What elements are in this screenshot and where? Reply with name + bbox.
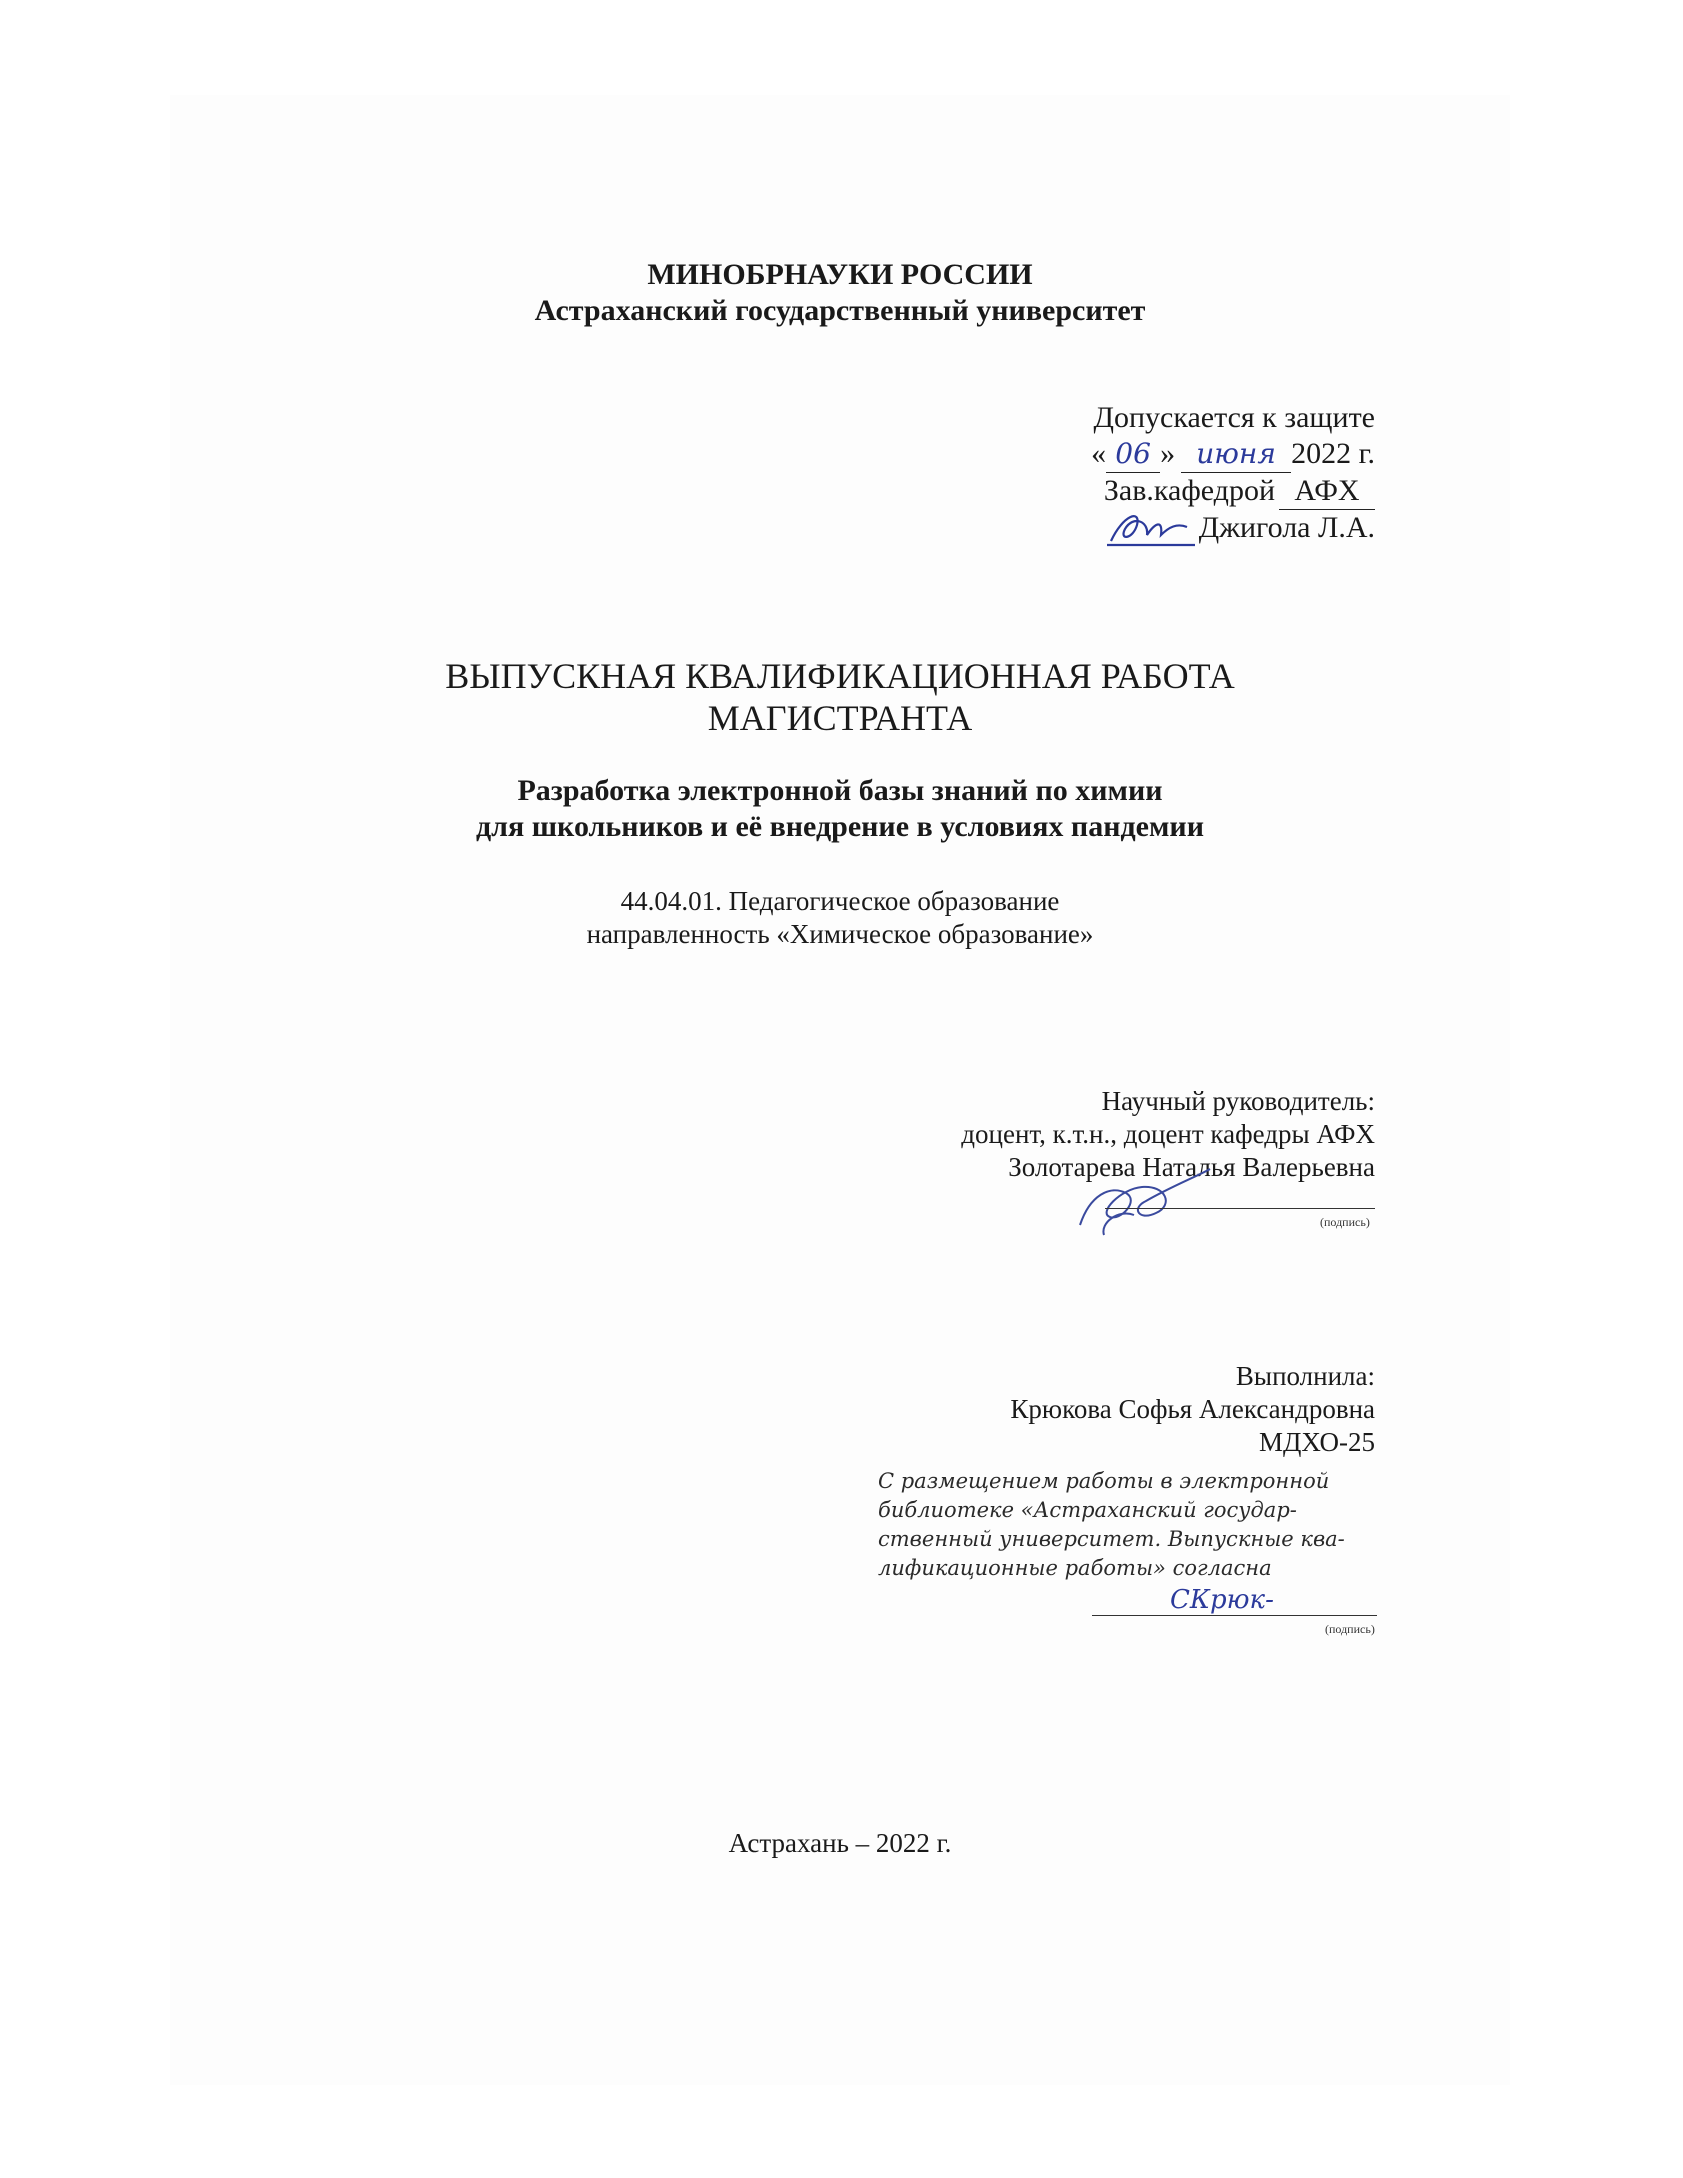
student-name: Крюкова Софья Александровна [1010, 1393, 1375, 1426]
approval-block: Допускается к защите «06»июня2022 г. Зав… [1055, 400, 1375, 546]
date-year: 2022 г. [1291, 437, 1375, 470]
student-signature-line [1092, 1615, 1377, 1616]
signature-scribble-icon [1103, 505, 1203, 549]
student-signature-caption: (подпись) [1325, 1622, 1375, 1637]
specialty-profile: направленность «Химическое образование» [170, 918, 1510, 951]
title-page: МИНОБРНАУКИ РОССИИ Астраханский государс… [170, 95, 1510, 2085]
library-consent-text: С размещением работы в электронной библи… [878, 1467, 1378, 1583]
date-day-handwritten: 06 [1115, 437, 1151, 470]
work-type-subtitle: МАГИСТРАНТА [170, 697, 1510, 739]
specialty-code: 44.04.01. Педагогическое образование [170, 885, 1510, 918]
date-month-field: июня [1181, 436, 1291, 473]
student-group: МДХО-25 [1010, 1426, 1375, 1459]
supervisor-label: Научный руководитель: [961, 1085, 1375, 1118]
student-signature: СКрюк- [1170, 1585, 1274, 1615]
university-name: Астраханский государственный университет [170, 293, 1510, 329]
thesis-topic-line-2: для школьников и её внедрение в условиях… [170, 809, 1510, 845]
supervisor-signature-caption: (подпись) [1320, 1215, 1370, 1230]
city-year: Астрахань – 2022 г. [170, 1827, 1510, 1860]
supervisor-signature-icon [1070, 1165, 1220, 1245]
student-label: Выполнила: [1010, 1360, 1375, 1393]
work-type-title: ВЫПУСКНАЯ КВАЛИФИКАЦИОННАЯ РАБОТА [170, 655, 1510, 697]
head-of-department: Зав.кафедройАФХ [1055, 473, 1375, 510]
department-field: АФХ [1279, 473, 1375, 510]
student-block: Выполнила: Крюкова Софья Александровна М… [1010, 1360, 1375, 1459]
date-day-field: 06 [1106, 436, 1160, 473]
thesis-topic-line-1: Разработка электронной базы знаний по хи… [170, 773, 1510, 809]
admitted-label: Допускается к защите [1055, 400, 1375, 436]
head-signature [1109, 515, 1199, 545]
approval-date: «06»июня2022 г. [1055, 436, 1375, 473]
head-name: Джигола Л.А. [1199, 511, 1375, 544]
supervisor-position: доцент, к.т.н., доцент кафедры АФХ [961, 1118, 1375, 1151]
date-month-handwritten: июня [1196, 437, 1276, 470]
ministry-heading: МИНОБРНАУКИ РОССИИ [170, 257, 1510, 293]
supervisor-signature-line [1105, 1208, 1375, 1209]
head-name-line: Джигола Л.А. [1055, 510, 1375, 546]
